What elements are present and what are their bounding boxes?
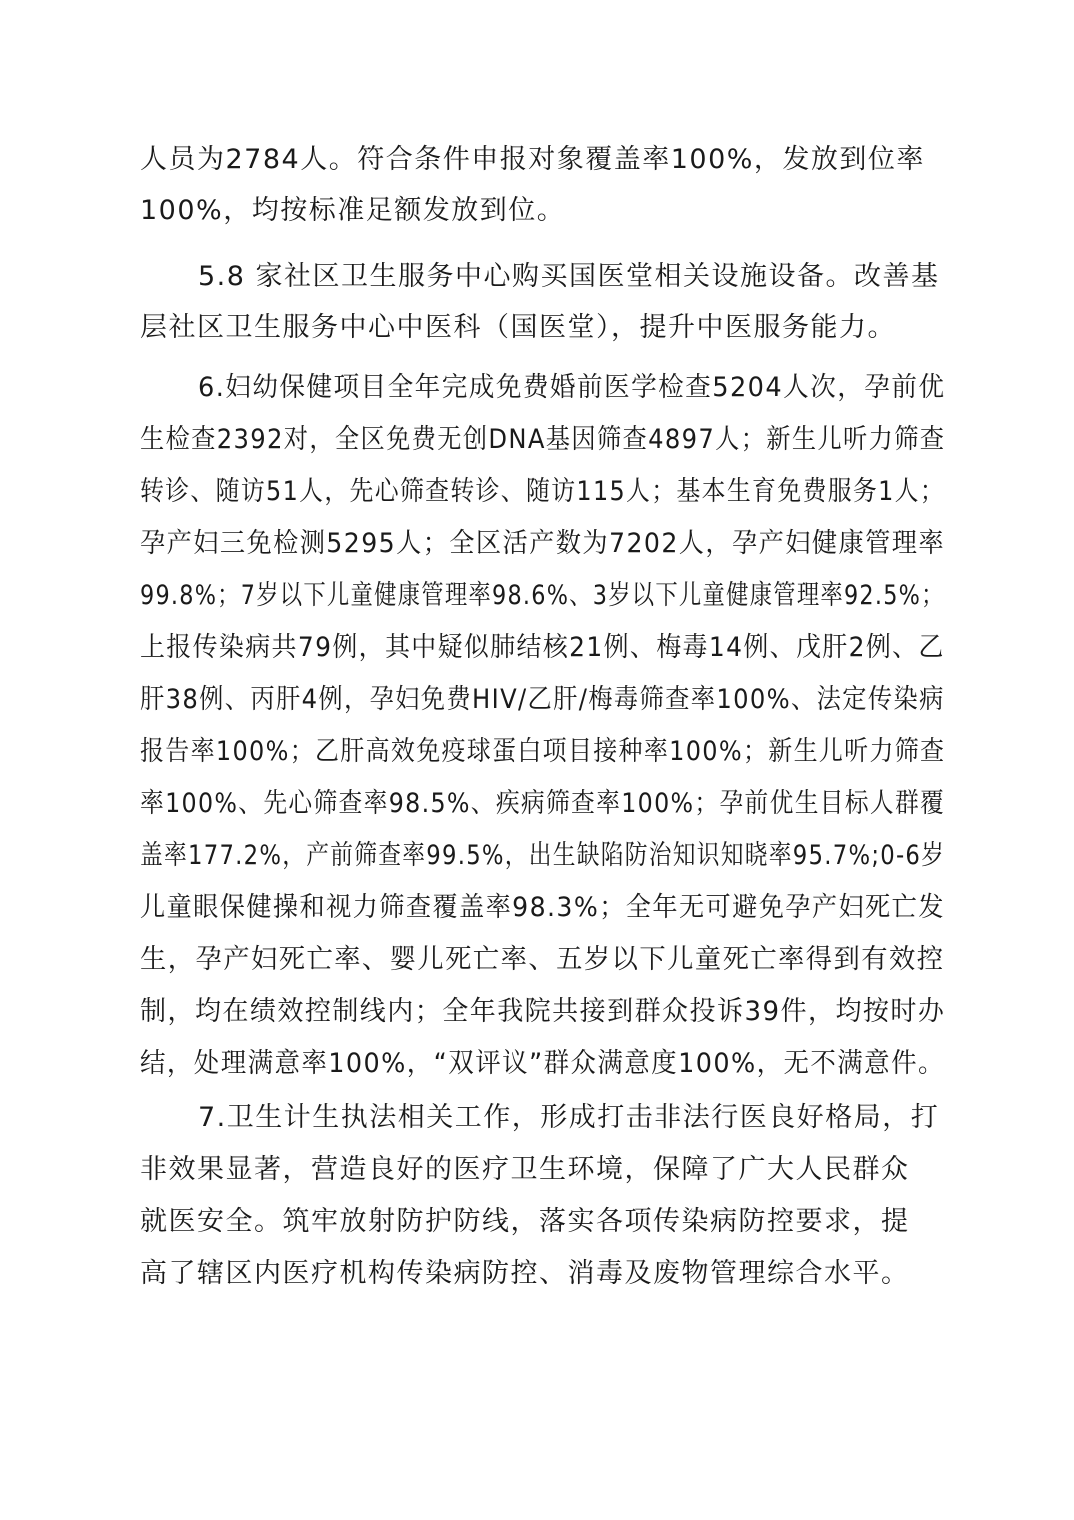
paragraph-line: 肝38例、丙肝4例，孕妇免费HIV/乙肝/梅毒筛查率100%、法定传染病 [140,682,945,718]
paragraph-line: 盖率177.2%，产前筛查率99.5%，出生缺陷防治知识知晓率95.7%;0-6… [140,838,945,874]
paragraph-line: 高了辖区内医疗机构传染病防控、消毒及废物管理综合水平。 [140,1256,910,1292]
paragraph-line: 结，处理满意率100%，“双评议”群众满意度100%，无不满意件。 [140,1046,945,1082]
paragraph-line: 上报传染病共79例，其中疑似肺结核21例、梅毒14例、戊肝2例、乙 [140,630,945,666]
paragraph-line: 100%，均按标准足额发放到位。 [140,193,565,229]
document-page: 人员为2784人。符合条件申报对象覆盖率100%，发放到位率 100%，均按标准… [0,0,1074,1520]
paragraph-line: 层社区卫生服务中心中医科（国医堂），提升中医服务能力。 [140,310,896,346]
paragraph-line: 99.8%；7岁以下儿童健康管理率98.6%、3岁以下儿童健康管理率92.5%； [140,578,945,614]
paragraph-line: 生检查2392对，全区免费无创DNA基因筛查4897人；新生儿听力筛查 [140,422,945,458]
paragraph-line: 就医安全。筑牢放射防护防线，落实各项传染病防控要求，提 [140,1204,910,1240]
paragraph-line: 报告率100%；乙肝高效免疫球蛋白项目接种率100%；新生儿听力筛查 [140,734,945,770]
paragraph-line: 7.卫生计生执法相关工作，形成打击非法行医良好格局，打 [198,1100,939,1136]
paragraph-line: 转诊、随访51人，先心筛查转诊、随访115人；基本生育免费服务1人； [140,474,945,510]
paragraph-line: 率100%、先心筛查率98.5%、疾病筛查率100%；孕前优生目标人群覆 [140,786,945,822]
paragraph-line: 生，孕产妇死亡率、婴儿死亡率、五岁以下儿童死亡率得到有效控 [140,942,945,978]
paragraph-line: 非效果显著，营造良好的医疗卫生环境，保障了广大人民群众 [140,1152,910,1188]
paragraph-line: 6.妇幼保健项目全年完成免费婚前医学检查5204人次，孕前优 [198,370,945,406]
paragraph-line: 儿童眼保健操和视力筛查覆盖率98.3%；全年无可避免孕产妇死亡发 [140,890,945,926]
paragraph-line: 孕产妇三免检测5295人；全区活产数为7202人，孕产妇健康管理率 [140,526,945,562]
paragraph-line: 制，均在绩效控制线内；全年我院共接到群众投诉39件，均按时办 [140,994,945,1030]
paragraph-line: 5.8 家社区卫生服务中心购买国医堂相关设施设备。改善基 [198,259,940,295]
paragraph-line: 人员为2784人。符合条件申报对象覆盖率100%，发放到位率 [140,142,925,178]
